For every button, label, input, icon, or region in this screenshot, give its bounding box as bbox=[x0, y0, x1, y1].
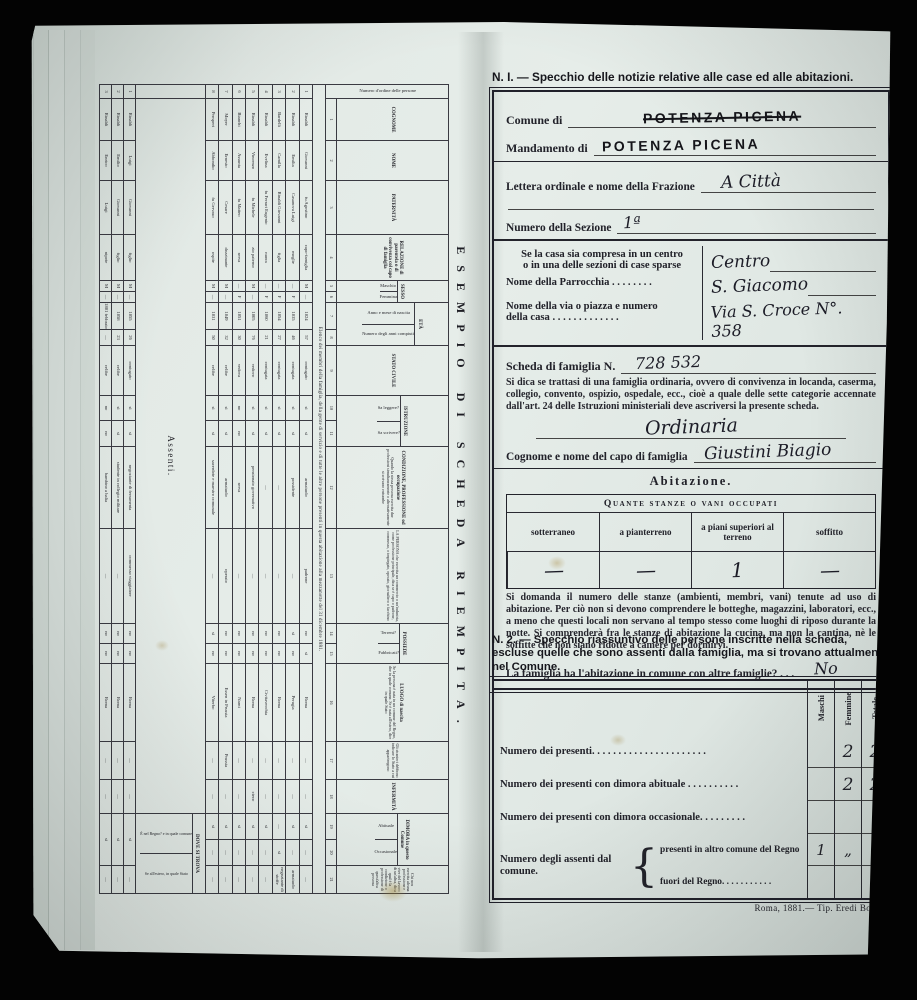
scheda-label: Scheda di famiglia N. bbox=[506, 359, 615, 374]
person-cell: 32 bbox=[219, 330, 232, 346]
person-cell: — bbox=[205, 780, 218, 814]
person-cell: F bbox=[232, 292, 245, 303]
person-cell: — bbox=[232, 281, 245, 292]
blank-rule bbox=[508, 193, 874, 210]
rotated-sublabel: Sa leggere? bbox=[378, 406, 399, 411]
example-sheet-title: ESEMPIO DI SCHEDA RIEMPITA. bbox=[450, 84, 468, 896]
person-cell: nuora bbox=[259, 235, 272, 281]
person-cell: sì bbox=[205, 624, 218, 644]
person-row: 3BardelliCamillaRinaldi Giovannifiglia—F… bbox=[272, 85, 285, 894]
centro-value: Centro bbox=[711, 251, 771, 273]
person-cell: 30 bbox=[232, 330, 245, 346]
absent-cell: 26 bbox=[123, 330, 135, 346]
paper-sheet: ESEMPIO DI SCHEDA RIEMPITA. Numero d'ord… bbox=[30, 22, 892, 962]
group-header: POSSIEDETerreni?Fabbricati? bbox=[378, 624, 407, 663]
person-cell: no bbox=[259, 644, 272, 664]
person-cell: — bbox=[219, 866, 232, 894]
column-number: 17 bbox=[326, 742, 337, 780]
person-cell: moglie bbox=[286, 235, 299, 281]
col-header-group: POSSIEDETerreni?Fabbricati? bbox=[337, 624, 449, 664]
n1-box: Comune di POTENZA PICENA Mandamento di P… bbox=[492, 90, 890, 690]
person-cell: F bbox=[286, 292, 299, 303]
n2-cell: 2 bbox=[861, 735, 888, 768]
group-label: ISTRUZIONE bbox=[400, 396, 408, 446]
n2-cell bbox=[807, 735, 834, 768]
person-cell: — bbox=[246, 742, 259, 780]
person-cell: 3 bbox=[272, 85, 285, 99]
person-cell: no bbox=[219, 624, 232, 644]
person-cell: serva bbox=[232, 235, 245, 281]
person-cell: sì bbox=[205, 814, 218, 840]
person-cell: F bbox=[272, 292, 285, 303]
photographed-census-document: ESEMPIO DI SCHEDA RIEMPITA. Numero d'ord… bbox=[0, 0, 917, 1000]
person-cell: — bbox=[259, 780, 272, 814]
absent-cell: 1 bbox=[123, 85, 135, 99]
rotated-sublabel: Maschio bbox=[381, 284, 397, 289]
stanze-value: — bbox=[819, 557, 840, 582]
person-cell: Vincenzo bbox=[246, 141, 259, 181]
person-cell: sì bbox=[299, 396, 312, 421]
header-row: Numero d'ordine delle personeCOGNOMENOME… bbox=[337, 85, 449, 894]
person-cell: sì bbox=[259, 421, 272, 447]
person-cell: F bbox=[259, 292, 272, 303]
person-cell: armaiuolo bbox=[219, 447, 232, 529]
stanze-value: — bbox=[635, 557, 656, 582]
person-cell: cieco bbox=[246, 780, 259, 814]
column-number: 15 bbox=[326, 644, 337, 664]
group-sublabels: Anno e mese di nascitaNumero degli anni … bbox=[362, 303, 414, 345]
person-cell: Rinaldi bbox=[259, 99, 272, 141]
sezione-label: Numero della Sezione bbox=[506, 222, 611, 234]
rule bbox=[494, 161, 888, 162]
header-label: CONDIZIONE, PROFESSIONE od occupazione bbox=[395, 447, 405, 528]
person-cell: pensionato governativo bbox=[246, 447, 259, 529]
stanze-col-header: a piani superiori al terreno bbox=[691, 513, 783, 552]
person-cell: M bbox=[219, 281, 232, 292]
person-cell: coniugata bbox=[286, 346, 299, 396]
person-cell: — bbox=[246, 866, 259, 894]
col-header: RELAZIONE di parentela o di convivenza c… bbox=[337, 235, 449, 281]
elenco-row: Elenco dei membri della famiglia, della … bbox=[313, 85, 326, 894]
person-cell: — bbox=[205, 529, 218, 624]
group-sublabels: MaschioFemmina bbox=[380, 281, 397, 302]
column-number: 7 bbox=[326, 303, 337, 330]
absent-cell: — bbox=[111, 292, 123, 303]
column-number: 18 bbox=[326, 780, 337, 814]
column-number: 3 bbox=[326, 181, 337, 235]
absent-cell: no bbox=[123, 644, 135, 664]
absent-cell: no bbox=[111, 624, 123, 644]
n2-cell: 1 bbox=[808, 834, 834, 866]
group-label: ETÀ bbox=[414, 303, 422, 345]
absent-cell: negoziante di ferramenta bbox=[123, 447, 135, 529]
stanze-value: — bbox=[543, 557, 564, 582]
absent-row: 3RinaldiEnricoLuiginipoteM—1881 febbraio… bbox=[99, 85, 111, 894]
n2-row-label: Numero dei presenti con dimora abituale … bbox=[494, 768, 807, 801]
absent-cell: 3 bbox=[99, 85, 111, 99]
group-sublabels: Sa leggere?Sa scrivere? bbox=[377, 396, 399, 446]
person-cell: — bbox=[286, 281, 299, 292]
absent-cell: — bbox=[123, 742, 135, 780]
n2-cell bbox=[807, 801, 834, 834]
person-cell: — bbox=[272, 780, 285, 814]
person-cell: — bbox=[259, 529, 272, 624]
person-cell: Viterbo bbox=[205, 664, 218, 742]
person-cell: sì bbox=[219, 396, 232, 421]
absent-cell: no bbox=[123, 624, 135, 644]
frazione-line: A Città bbox=[701, 172, 876, 193]
group-label: POSSIEDE bbox=[399, 624, 407, 663]
elenco-heading: Elenco dei membri della famiglia, della … bbox=[313, 85, 326, 894]
person-cell: — bbox=[272, 742, 285, 780]
header-note: LA PERSONA che esercita un commercio o u… bbox=[385, 529, 400, 623]
person-cell: coniugata bbox=[272, 346, 285, 396]
column-numbers-row: 123456789101112131415161718192021 bbox=[326, 85, 337, 894]
person-cell: 1 bbox=[299, 85, 312, 99]
n2-assenti-label: Numero degli assenti dal comune. bbox=[500, 854, 628, 879]
person-cell: no bbox=[205, 644, 218, 664]
dove-header: DOVE SI TROVAÈ nel Regno? e in quale com… bbox=[140, 814, 200, 893]
col-header: LUOGO di nascitaSe la persona è nata in … bbox=[337, 664, 449, 742]
rule bbox=[494, 468, 888, 469]
person-row: 2RinaldiEmiliaCasanova Luigimoglie—F1835… bbox=[286, 85, 299, 894]
n2-cell bbox=[807, 768, 834, 801]
person-cell: — bbox=[232, 742, 245, 780]
dove-title: DOVE SI TROVA bbox=[192, 814, 200, 893]
column-number: 12 bbox=[326, 447, 337, 529]
column-number: 9 bbox=[326, 346, 337, 396]
person-cell: operaio bbox=[219, 529, 232, 624]
imprint-footer: Roma, 1881.— Tip. Eredi Botta. bbox=[492, 903, 890, 913]
person-cell: 1835 bbox=[286, 303, 299, 330]
sub-header: Anno e mese di nascita bbox=[362, 303, 414, 324]
group-header: ETÀAnno e mese di nascitaNumero degli an… bbox=[362, 303, 422, 345]
person-cell: 46 bbox=[286, 330, 299, 346]
col-header: Gli stranieri debbono indicare lo Stato … bbox=[337, 742, 449, 780]
absent-cell: M bbox=[99, 281, 111, 292]
column-number: 1 bbox=[326, 99, 337, 141]
rotated-sublabel: Numero degli anni compiuti bbox=[362, 332, 414, 337]
absent-dove-estero: — bbox=[99, 866, 111, 894]
person-cell: no bbox=[232, 644, 245, 664]
header-note: Se la persona è nata in un comune del Re… bbox=[382, 664, 397, 741]
via-label: Nome della via o piazza e numero della c… bbox=[506, 298, 702, 340]
person-cell: no bbox=[299, 624, 312, 644]
absent-cell: coniugato bbox=[123, 346, 135, 396]
column-number: 8 bbox=[326, 330, 337, 346]
rotated-sublabel: Sa scrivere? bbox=[377, 431, 399, 436]
n2-row-label: Numero dei presenti con dimora occasiona… bbox=[494, 801, 807, 834]
comune-stamp: POTENZA PICENA bbox=[643, 108, 801, 127]
absent-cell: Roma bbox=[123, 664, 135, 742]
assenti-band: Assenti.DOVE SI TROVAÈ nel Regno? e in q… bbox=[135, 85, 205, 894]
mandamento-line: POTENZA PICENA bbox=[594, 137, 876, 156]
person-cell: sì bbox=[232, 814, 245, 840]
n1-title: N. I. — Specchio delle notizie relative … bbox=[492, 70, 890, 84]
person-cell: M bbox=[205, 281, 218, 292]
absent-cell: Roma bbox=[99, 664, 111, 742]
centro-label: Se la casa sia compresa in un centro o i… bbox=[506, 246, 702, 274]
column-number: 10 bbox=[326, 396, 337, 421]
absent-cell: celibe bbox=[99, 346, 111, 396]
via-value: Via S. Croce N°. 358 bbox=[710, 297, 876, 341]
n2-col-femmine: Femmine bbox=[844, 692, 853, 726]
absent-cell: Enrico bbox=[99, 141, 111, 181]
scheda-line: 728 532 bbox=[621, 353, 876, 374]
absent-cell: — bbox=[99, 292, 111, 303]
person-cell: celibe bbox=[205, 346, 218, 396]
absent-cell: — bbox=[99, 529, 111, 624]
sub-header: Fabbricati? bbox=[378, 643, 399, 663]
person-cell: — bbox=[299, 780, 312, 814]
person-cell: sì bbox=[219, 814, 232, 840]
person-cell: — bbox=[299, 292, 312, 303]
section-n2: N. 2. — Specchio riassuntivo delle perso… bbox=[492, 634, 890, 913]
person-cell: sì bbox=[272, 396, 285, 421]
person-cell: Cesare bbox=[219, 181, 232, 235]
absent-cell: no bbox=[99, 624, 111, 644]
n2-label-header bbox=[494, 681, 807, 735]
n2-table: Maschi Femmine Totale Numero dei present… bbox=[492, 679, 890, 900]
stanze-headers: sotterraneo a pianterreno a piani superi… bbox=[507, 513, 875, 588]
person-row: 6BianchiAssuntafu Matteoserva—F185130ved… bbox=[232, 85, 245, 894]
header-label: RELAZIONE di parentela o di convivenza c… bbox=[382, 235, 403, 280]
person-cell: 1851 bbox=[232, 303, 245, 330]
person-cell: no bbox=[232, 396, 245, 421]
sub-header: Sa leggere? bbox=[377, 396, 399, 421]
header-label: STATO CIVILE bbox=[390, 346, 395, 395]
person-cell: 57 bbox=[299, 330, 312, 346]
scheda-value: 728 532 bbox=[635, 352, 702, 373]
absent-cell: — bbox=[99, 780, 111, 814]
person-cell: sì bbox=[259, 396, 272, 421]
group-sublabels: Terreni?Fabbricati? bbox=[378, 624, 399, 663]
person-cell: — bbox=[232, 780, 245, 814]
person-cell: — bbox=[286, 529, 299, 624]
person-cell: Roma bbox=[299, 664, 312, 742]
absent-cell: Luigi bbox=[99, 181, 111, 235]
group-label: DIMORA in questo Comune bbox=[397, 814, 410, 865]
group-header: DIMORA in questo ComuneAbitualeOccasiona… bbox=[375, 814, 411, 865]
header-note: Gli stranieri debbono indicare lo Stato … bbox=[385, 742, 400, 779]
person-cell: Rinaldi bbox=[246, 99, 259, 141]
rotated-sublabel: È nel Regno? e in quale comune bbox=[140, 832, 192, 836]
person-cell: zio paterno bbox=[246, 235, 259, 281]
n2-cell: 2 bbox=[834, 768, 861, 801]
person-cell: — bbox=[246, 529, 259, 624]
column-number: 14 bbox=[326, 624, 337, 644]
person-cell: Roma bbox=[246, 664, 259, 742]
categoria-line: Ordinaria bbox=[536, 416, 846, 439]
n2-assenti-sub2: fuori del Regno. . . . . . . . . . . bbox=[660, 877, 807, 887]
person-cell: vedova bbox=[232, 346, 245, 396]
col-header-group: ISTRUZIONESa leggere?Sa scrivere? bbox=[337, 396, 449, 447]
absent-cell: no bbox=[111, 644, 123, 664]
person-cell: Essen in Prussia bbox=[219, 664, 232, 742]
person-cell: sì bbox=[246, 421, 259, 447]
absent-cell: sì bbox=[123, 421, 135, 447]
absent-cell: 1881 febbraio bbox=[99, 303, 111, 330]
person-cell: no bbox=[272, 624, 285, 644]
sub-header: Numero degli anni compiuti bbox=[362, 324, 414, 346]
column-number: 6 bbox=[326, 292, 337, 303]
col-header: COGNOME bbox=[337, 99, 449, 141]
person-cell: 1854 bbox=[272, 303, 285, 330]
person-cell: 1860 bbox=[259, 303, 272, 330]
header-note: Chi non esercita alcuna professione e vi… bbox=[370, 866, 416, 893]
person-cell: fu Gervaso bbox=[205, 181, 218, 235]
header-label: INFERMITÀ bbox=[390, 780, 395, 813]
column-number: 11 bbox=[326, 421, 337, 447]
absent-cell: Luigi bbox=[123, 141, 135, 181]
parrocchia-label: Nome della Parrocchia . . . . . . . . bbox=[506, 274, 702, 298]
person-cell: — bbox=[286, 742, 299, 780]
person-cell: — bbox=[232, 866, 245, 894]
absent-cell: no bbox=[99, 421, 111, 447]
comune-line: POTENZA PICENA bbox=[568, 109, 876, 128]
person-cell: Civitavecchia bbox=[259, 664, 272, 742]
absent-cell: Emilio bbox=[111, 141, 123, 181]
absent-cell: nipote bbox=[99, 235, 111, 281]
person-cell: — bbox=[259, 742, 272, 780]
absent-cell: — bbox=[99, 330, 111, 346]
person-cell: — bbox=[272, 814, 285, 840]
header-label: PATERNITÀ bbox=[390, 181, 395, 234]
rotated-sublabel: Occasionale bbox=[375, 850, 397, 855]
rotated-sublabel: Fabbricati? bbox=[378, 651, 399, 656]
stanze-col-header: soffitto bbox=[783, 513, 875, 552]
person-cell: sì bbox=[205, 396, 218, 421]
sub-header: Occasionale bbox=[375, 839, 397, 865]
person-cell: 4 bbox=[259, 85, 272, 99]
person-row: 1RinaldiGiovannifu Agostinocapo-famiglia… bbox=[299, 85, 312, 894]
stanze-title: Quante stanze o vani occupati bbox=[507, 495, 875, 513]
person-cell: no bbox=[219, 644, 232, 664]
person-cell: — bbox=[259, 281, 272, 292]
person-cell: — bbox=[232, 840, 245, 866]
person-cell: Assunta bbox=[232, 141, 245, 181]
person-cell: Narni bbox=[232, 664, 245, 742]
group-header: SESSOMaschioFemmina bbox=[380, 281, 406, 302]
person-cell: — bbox=[205, 292, 218, 303]
absent-cell: — bbox=[111, 529, 123, 624]
person-cell: coniugata bbox=[259, 346, 272, 396]
group-sublabels: AbitualeOccasionale bbox=[375, 814, 397, 865]
person-cell: — bbox=[246, 292, 259, 303]
person-cell: 1831 bbox=[205, 303, 218, 330]
person-row: 8ProsperiAbbondiofu GervasoospiteM—18315… bbox=[205, 85, 218, 894]
stanze-col-header: sotterraneo bbox=[507, 513, 599, 552]
column-number: 13 bbox=[326, 529, 337, 624]
person-cell: — bbox=[205, 742, 218, 780]
absent-cell: Rinaldi bbox=[99, 99, 111, 141]
person-cell: — bbox=[272, 281, 285, 292]
absent-cell: Giovanni bbox=[123, 181, 135, 235]
person-cell: armaiuolo bbox=[286, 866, 299, 894]
absent-cell: figlio bbox=[123, 235, 135, 281]
absent-cell: 23 bbox=[111, 330, 123, 346]
curly-brace: { bbox=[630, 847, 658, 887]
n2-assenti-sub1: presenti in altro comune del Regno bbox=[660, 845, 807, 855]
person-cell: sì bbox=[246, 396, 259, 421]
assenti-section-label: Assenti. bbox=[135, 99, 205, 814]
person-cell: — bbox=[286, 780, 299, 814]
absent-cell: Rinaldi bbox=[123, 99, 135, 141]
absent-cell: commesso viaggiatore bbox=[123, 529, 135, 624]
person-cell: M bbox=[246, 281, 259, 292]
absent-cell: figlio bbox=[111, 235, 123, 281]
person-cell: M bbox=[299, 281, 312, 292]
absent-dove-estero: — bbox=[111, 866, 123, 894]
absent-cell: M bbox=[111, 281, 123, 292]
mandamento-stamp: POTENZA PICENA bbox=[602, 136, 760, 155]
absent-cell: studente in collegio militare bbox=[111, 447, 123, 529]
person-cell: Camilla bbox=[272, 141, 285, 181]
column-number: 16 bbox=[326, 664, 337, 742]
person-cell: — bbox=[219, 780, 232, 814]
absent-dove-estero: — bbox=[123, 866, 135, 894]
person-cell: Casanova Luigi bbox=[286, 181, 299, 235]
person-cell: Bianchi bbox=[232, 99, 245, 141]
absent-dove-regno: sì bbox=[99, 814, 111, 866]
person-cell: Abbondio bbox=[205, 141, 218, 181]
person-cell: 27 bbox=[272, 330, 285, 346]
n2-col-totale: Totale bbox=[871, 697, 880, 719]
person-cell: 2 bbox=[286, 85, 299, 99]
person-cell: fu Ferrari Eugenio bbox=[259, 181, 272, 235]
absent-cell: celibe bbox=[111, 346, 123, 396]
column-number: 19 bbox=[326, 814, 337, 840]
person-cell: Emilia bbox=[286, 141, 299, 181]
section-n1: N. I. — Specchio delle notizie relative … bbox=[492, 70, 890, 690]
header-label: COGNOME bbox=[390, 99, 395, 140]
col-header: PATERNITÀ bbox=[337, 181, 449, 235]
sub-header: Maschio bbox=[380, 281, 397, 291]
person-cell: — bbox=[246, 840, 259, 866]
person-cell: sì bbox=[246, 814, 259, 840]
person-cell: no bbox=[259, 624, 272, 644]
col-header: LA PERSONA che esercita un commercio o u… bbox=[337, 529, 449, 624]
n2-cell: 2 bbox=[834, 735, 861, 768]
header-note: Quando la stessa persona esercita due pr… bbox=[380, 447, 395, 528]
person-cell: sì bbox=[219, 421, 232, 447]
person-cell: no bbox=[232, 624, 245, 644]
stanze-value: 1 bbox=[731, 557, 745, 581]
person-cell: Ernesto bbox=[219, 141, 232, 181]
person-cell: sì bbox=[272, 840, 285, 866]
parrocchia-value: S. Giacomo bbox=[711, 274, 809, 297]
col-header-ordine: Numero d'ordine delle persone bbox=[326, 85, 449, 99]
col-header: INFERMITÀ bbox=[337, 780, 449, 814]
sub-header: Abituale bbox=[375, 814, 397, 839]
person-cell: sì bbox=[272, 421, 285, 447]
absent-cell: no bbox=[99, 644, 111, 664]
column-number: 21 bbox=[326, 866, 337, 894]
person-cell: sì bbox=[259, 814, 272, 840]
n2-cell bbox=[862, 866, 888, 898]
person-cell: 5 bbox=[246, 85, 259, 99]
dove-estero-header: Se all'estero, in quale Stato bbox=[140, 853, 192, 893]
person-cell: Bardelli bbox=[272, 99, 285, 141]
absent-dove-regno: sì bbox=[123, 814, 135, 866]
person-cell: Rinaldi bbox=[286, 99, 299, 141]
absent-cell: M bbox=[123, 281, 135, 292]
header-label: LUOGO di nascita bbox=[398, 664, 403, 741]
col-header-group: ETÀAnno e mese di nascitaNumero degli an… bbox=[337, 303, 449, 346]
person-cell: 1824 bbox=[299, 303, 312, 330]
absent-dove-regno: sì bbox=[111, 814, 123, 866]
column-number: 2 bbox=[326, 141, 337, 181]
